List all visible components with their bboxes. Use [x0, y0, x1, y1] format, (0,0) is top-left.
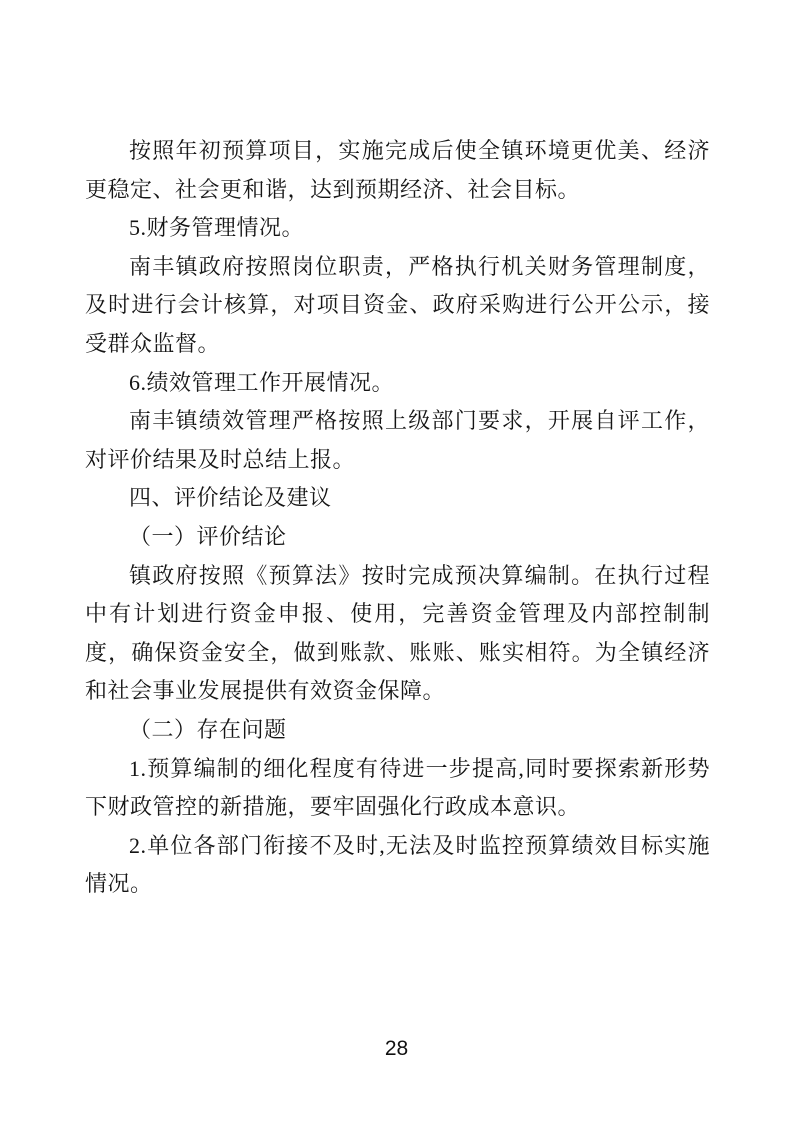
heading-section-four: 四、评价结论及建议: [85, 479, 710, 518]
paragraph-expected-goals: 按照年初预算项目，实施完成后使全镇环境更优美、经济更稳定、社会更和谐，达到预期经…: [85, 132, 710, 209]
paragraph-performance-work: 南丰镇绩效管理严格按照上级部门要求，开展自评工作，对评价结果及时总结上报。: [85, 402, 710, 479]
heading-existing-problems: （二）存在问题: [85, 711, 710, 750]
paragraph-finance-management: 南丰镇政府按照岗位职责，严格执行机关财务管理制度，及时进行会计核算，对项目资金、…: [85, 248, 710, 364]
heading-finance-management: 5.财务管理情况。: [85, 209, 710, 248]
paragraph-evaluation-conclusion: 镇政府按照《预算法》按时完成预决算编制。在执行过程中有计划进行资金申报、使用，完…: [85, 557, 710, 711]
page-number: 28: [0, 1036, 793, 1062]
paragraph-problem-2: 2.单位各部门衔接不及时,无法及时监控预算绩效目标实施情况。: [85, 827, 710, 904]
heading-evaluation-conclusion: （一）评价结论: [85, 518, 710, 557]
paragraph-problem-1: 1.预算编制的细化程度有待进一步提高,同时要探索新形势下财政管控的新措施，要牢固…: [85, 750, 710, 827]
heading-performance-work: 6.绩效管理工作开展情况。: [85, 364, 710, 403]
document-page: 按照年初预算项目，实施完成后使全镇环境更优美、经济更稳定、社会更和谐，达到预期经…: [0, 0, 793, 1122]
page-content: 按照年初预算项目，实施完成后使全镇环境更优美、经济更稳定、社会更和谐，达到预期经…: [85, 132, 710, 904]
